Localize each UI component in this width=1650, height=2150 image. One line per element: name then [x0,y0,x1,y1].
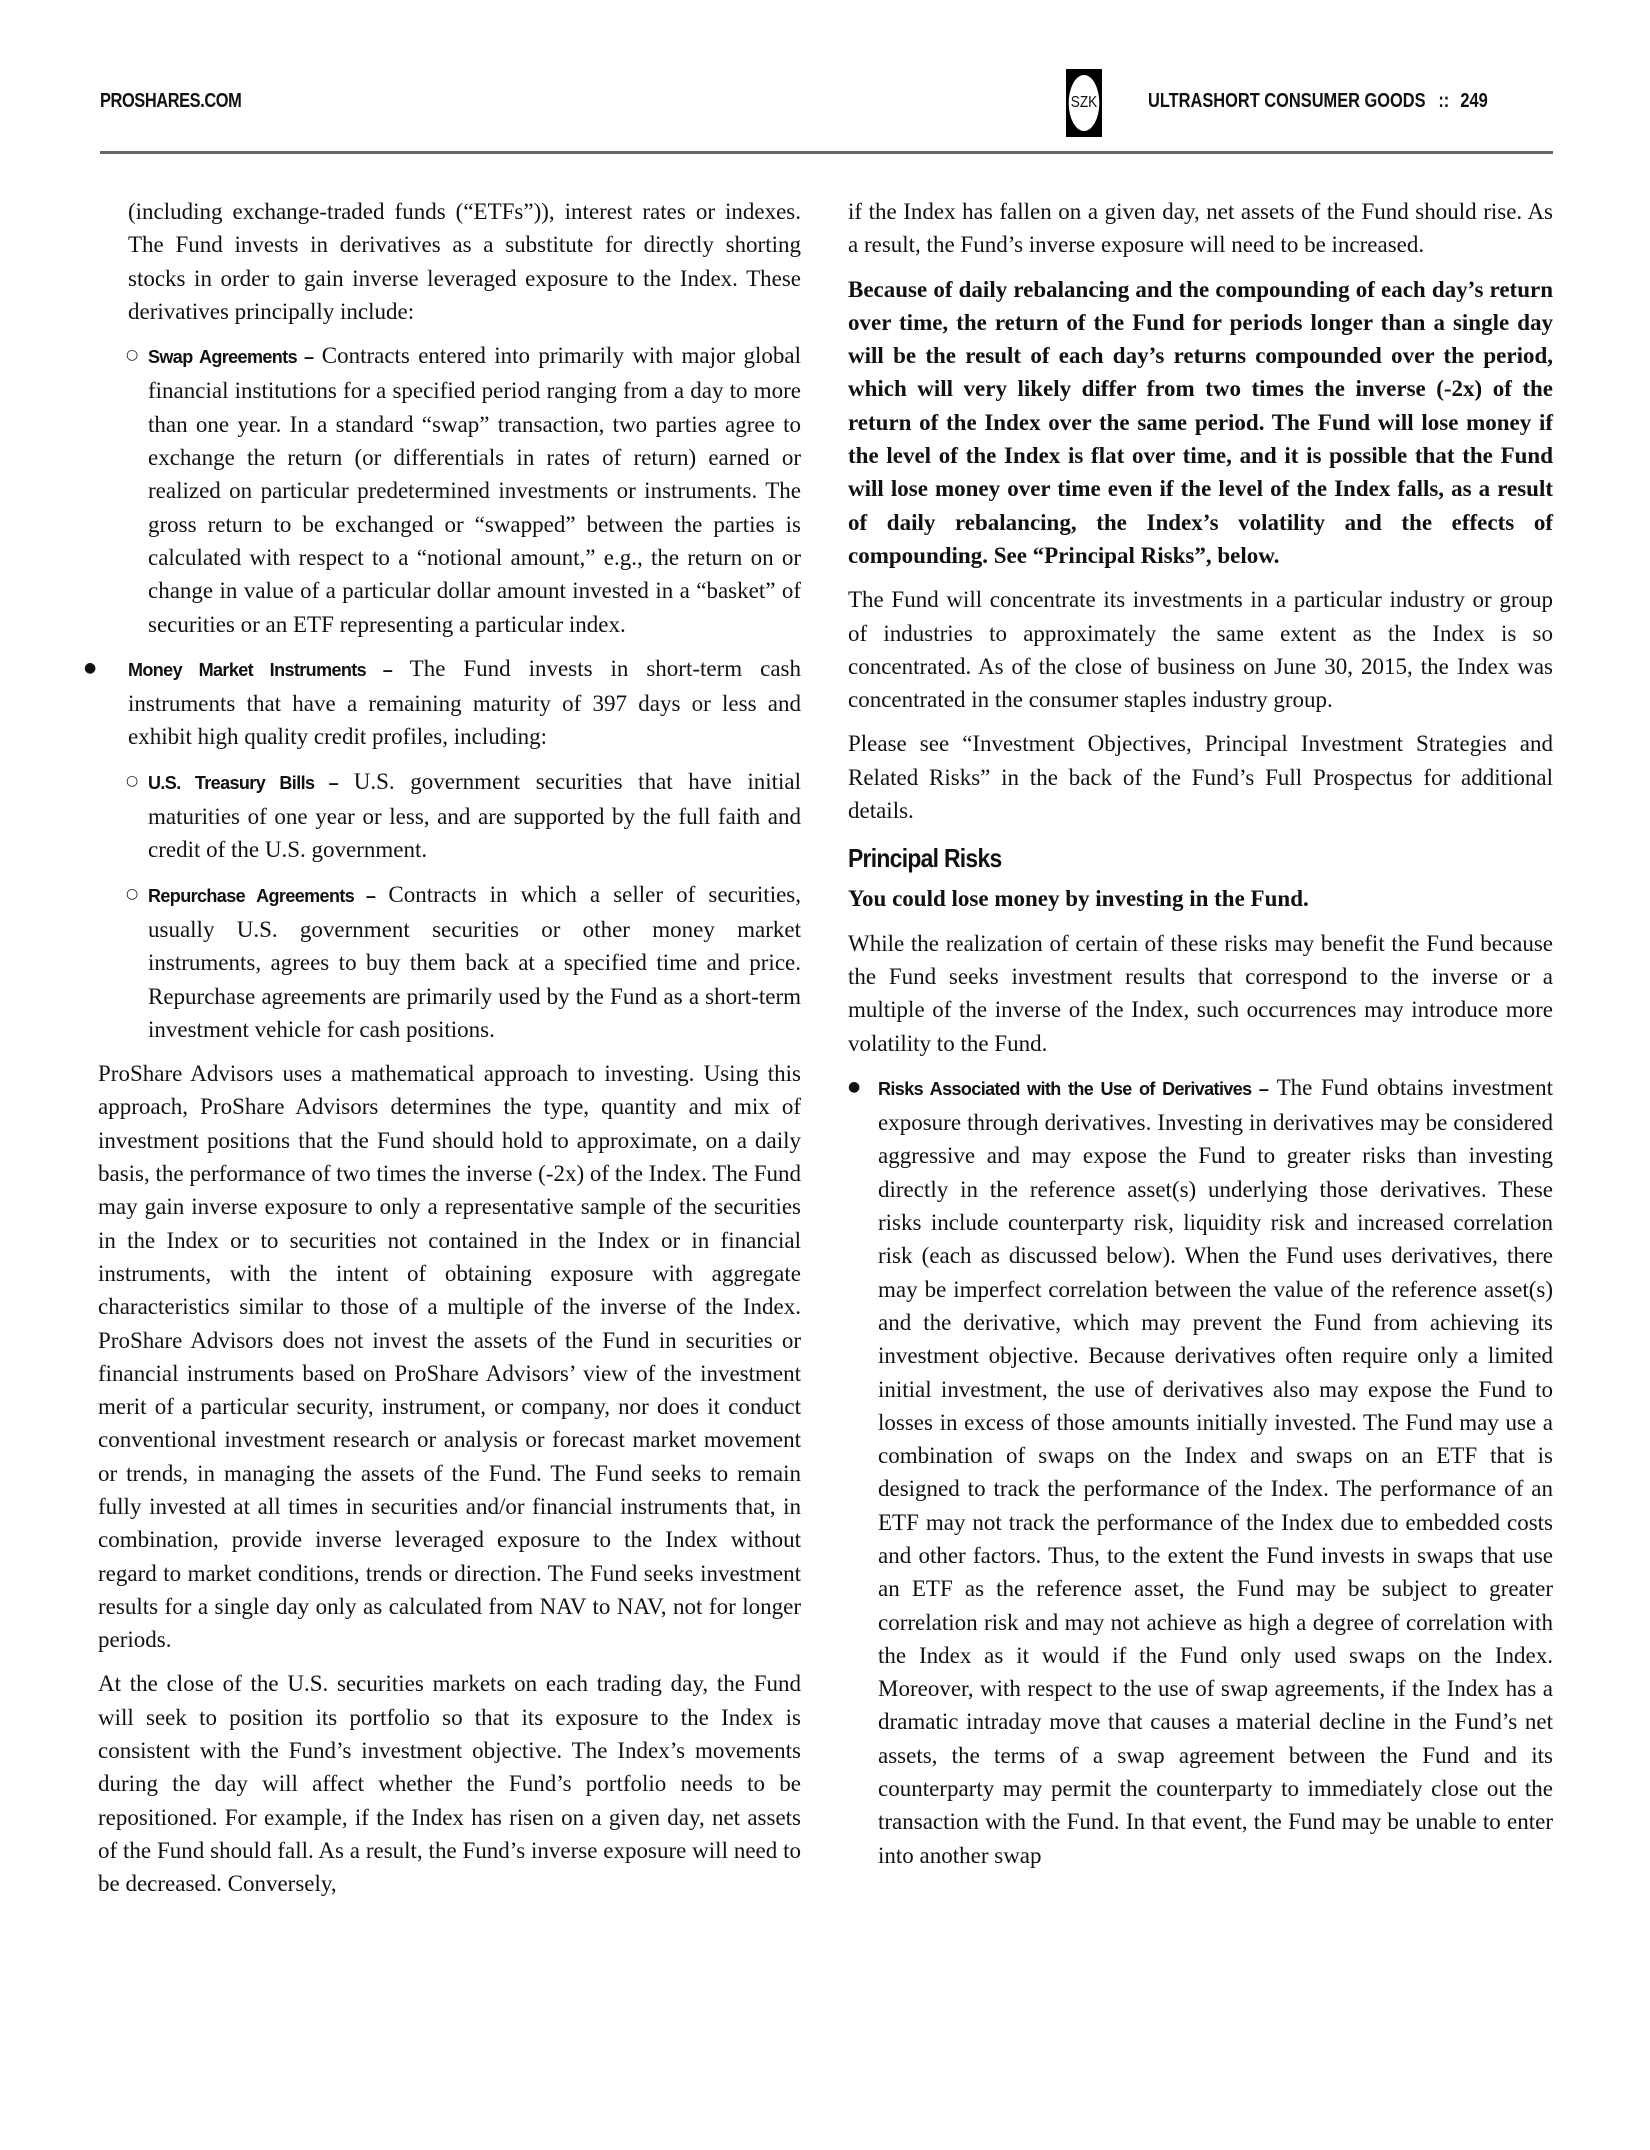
list-item-derivatives-risk: ● Risks Associated with the Use of Deriv… [848,1071,1553,1872]
filled-bullet-icon: ● [84,652,96,685]
item-label: Swap Agreements – [148,347,313,367]
filled-bullet-icon: ● [848,1071,860,1104]
hollow-bullet-icon: ○ [126,765,138,798]
risks-intro-paragraph: While the realization of certain of thes… [848,927,1553,1060]
site-url[interactable]: PROSHARES.COM [100,90,241,113]
list-item-repurchase-agreements: ○ Repurchase Agreements – Contracts in w… [98,878,801,1046]
continuation-paragraph: if the Index has fallen on a given day, … [848,195,1553,262]
page-number: 249 [1460,90,1487,112]
hollow-bullet-icon: ○ [126,878,138,911]
item-text: Contracts entered into primarily with ma… [148,343,801,636]
lose-money-statement: You could lose money by investing in the… [848,882,1553,915]
item-label: Money Market Instruments – [128,660,392,680]
list-item-treasury-bills: ○ U.S. Treasury Bills – U.S. government … [98,765,801,867]
ticker-badge-label: SZK [1069,75,1100,131]
running-header: ULTRASHORT CONSUMER GOODS :: 249 [1148,90,1488,113]
item-text: The Fund obtains investment exposure thr… [878,1075,1553,1868]
item-label: Risks Associated with the Use of Derivat… [878,1079,1268,1099]
list-item-money-market: ● Money Market Instruments – The Fund in… [98,652,801,754]
right-column: if the Index has fallen on a given day, … [848,195,1553,1883]
fund-name: ULTRASHORT CONSUMER GOODS [1148,90,1426,112]
item-label: U.S. Treasury Bills – [148,773,338,793]
ticker-badge: SZK [1066,69,1102,137]
approach-paragraph: ProShare Advisors uses a mathematical ap… [98,1057,801,1656]
hollow-bullet-icon: ○ [126,339,138,372]
header-rule [100,151,1553,154]
header-separator: :: [1438,90,1449,112]
item-label: Repurchase Agreements – [148,886,375,906]
principal-risks-heading: Principal Risks [848,838,1468,878]
intro-paragraph: (including exchange-traded funds (“ETFs”… [128,195,801,328]
see-also-paragraph: Please see “Investment Objectives, Princ… [848,727,1553,827]
concentration-paragraph: The Fund will concentrate its investment… [848,583,1553,716]
list-item-swap-agreements: ○ Swap Agreements – Contracts entered in… [98,339,801,641]
compounding-warning: Because of daily rebalancing and the com… [848,273,1553,573]
close-paragraph: At the close of the U.S. securities mark… [98,1667,801,1900]
left-column: (including exchange-traded funds (“ETFs”… [98,195,801,1912]
